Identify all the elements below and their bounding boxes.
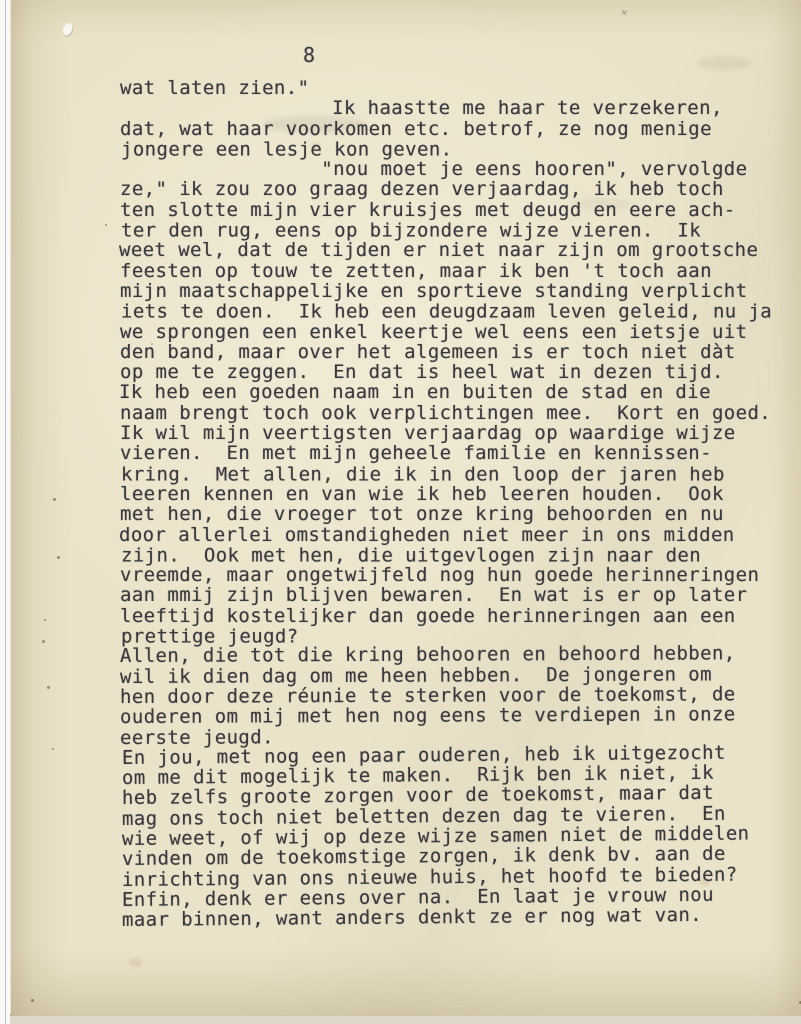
margin-speck — [57, 556, 60, 559]
text-line: door allerlei omstandigheden niet meer i… — [119, 524, 801, 544]
text-line: weet wel, dat de tijden er niet naar zij… — [119, 240, 801, 260]
text-line: Ik haastte me haar te verzekeren, — [119, 98, 801, 118]
text-line: wat laten zien." — [120, 78, 801, 98]
scan-edge-line — [5, 0, 6, 1024]
text-line: leeftijd kostelijker dan goede herinneri… — [120, 606, 801, 626]
foxing-spot — [129, 958, 142, 967]
text-line: Ik heb een goeden naam in en buiten de s… — [119, 382, 801, 402]
margin-speck — [42, 640, 45, 643]
text-line: we sprongen een enkel keertje wel eens e… — [120, 322, 801, 342]
text-line: ze," ik zou zoo graag dezen verjaardag, … — [120, 179, 801, 199]
page-number: 8 — [303, 43, 315, 67]
ink-smudge — [697, 56, 751, 70]
typewritten-text: wat laten zien." Ik haastte me haar te v… — [120, 78, 801, 930]
margin-speck — [105, 224, 107, 226]
margin-speck — [31, 999, 34, 1002]
text-line: met hen, die vroeger tot onze kring beho… — [120, 504, 801, 524]
text-line: kring. Met allen, die ik in den loop der… — [121, 464, 801, 484]
text-line: feesten op touw te zetten, maar ik ben '… — [120, 261, 801, 281]
margin-speck — [47, 686, 50, 689]
text-line: "nou moet je eens hooren", vervolgde — [120, 159, 801, 179]
text-line: dat, wat haar voorkomen etc. betrof, ze … — [120, 119, 801, 139]
text-line: den band, maar over het algemeen is er t… — [120, 342, 801, 362]
text-line: op me te zeggen. En dat is heel wat in d… — [120, 362, 801, 382]
text-line: maar binnen, want anders denkt ze er nog… — [122, 904, 801, 930]
text-line: iets te doen. Ik heb een deugdzaam leven… — [121, 302, 801, 322]
text-line: leeren kennen en van wie ik heb leeren h… — [120, 484, 801, 504]
text-line: ouderen om mij met hen nog eens te verdi… — [120, 704, 801, 727]
margin-speck — [53, 498, 56, 501]
faint-pencil-mark: × — [620, 5, 629, 19]
text-line: ter den rug, eens op bijzondere wijze vi… — [121, 220, 801, 240]
text-line: vieren. En met mijn geheele familie en k… — [120, 443, 801, 463]
text-line: zijn. Ook met hen, die uitgevlogen zijn … — [121, 545, 801, 565]
margin-speck — [44, 619, 46, 621]
paper-chip — [61, 22, 75, 38]
text-line: naam brengt toch ook verplichtingen mee.… — [120, 403, 801, 423]
text-line: Ik wil mijn veertigsten verjaardag op wa… — [120, 423, 801, 443]
text-line: mijn maatschappelijke en sportieve stand… — [120, 281, 801, 301]
text-line: jongere een lesje kon geven. — [121, 139, 801, 159]
text-line: aan mmij zijn blijven bewaren. En wat is… — [120, 585, 801, 605]
document-scan: × 8 wat laten zien." Ik haastte me haar … — [0, 0, 801, 1024]
text-line: ten slotte mijn vier kruisjes met deugd … — [120, 200, 801, 220]
text-line: vreemde, maar ongetwijfeld nog hun goede… — [120, 565, 801, 585]
margin-speck — [52, 748, 54, 750]
typewritten-page: × 8 wat laten zien." Ik haastte me haar … — [11, 0, 801, 1016]
